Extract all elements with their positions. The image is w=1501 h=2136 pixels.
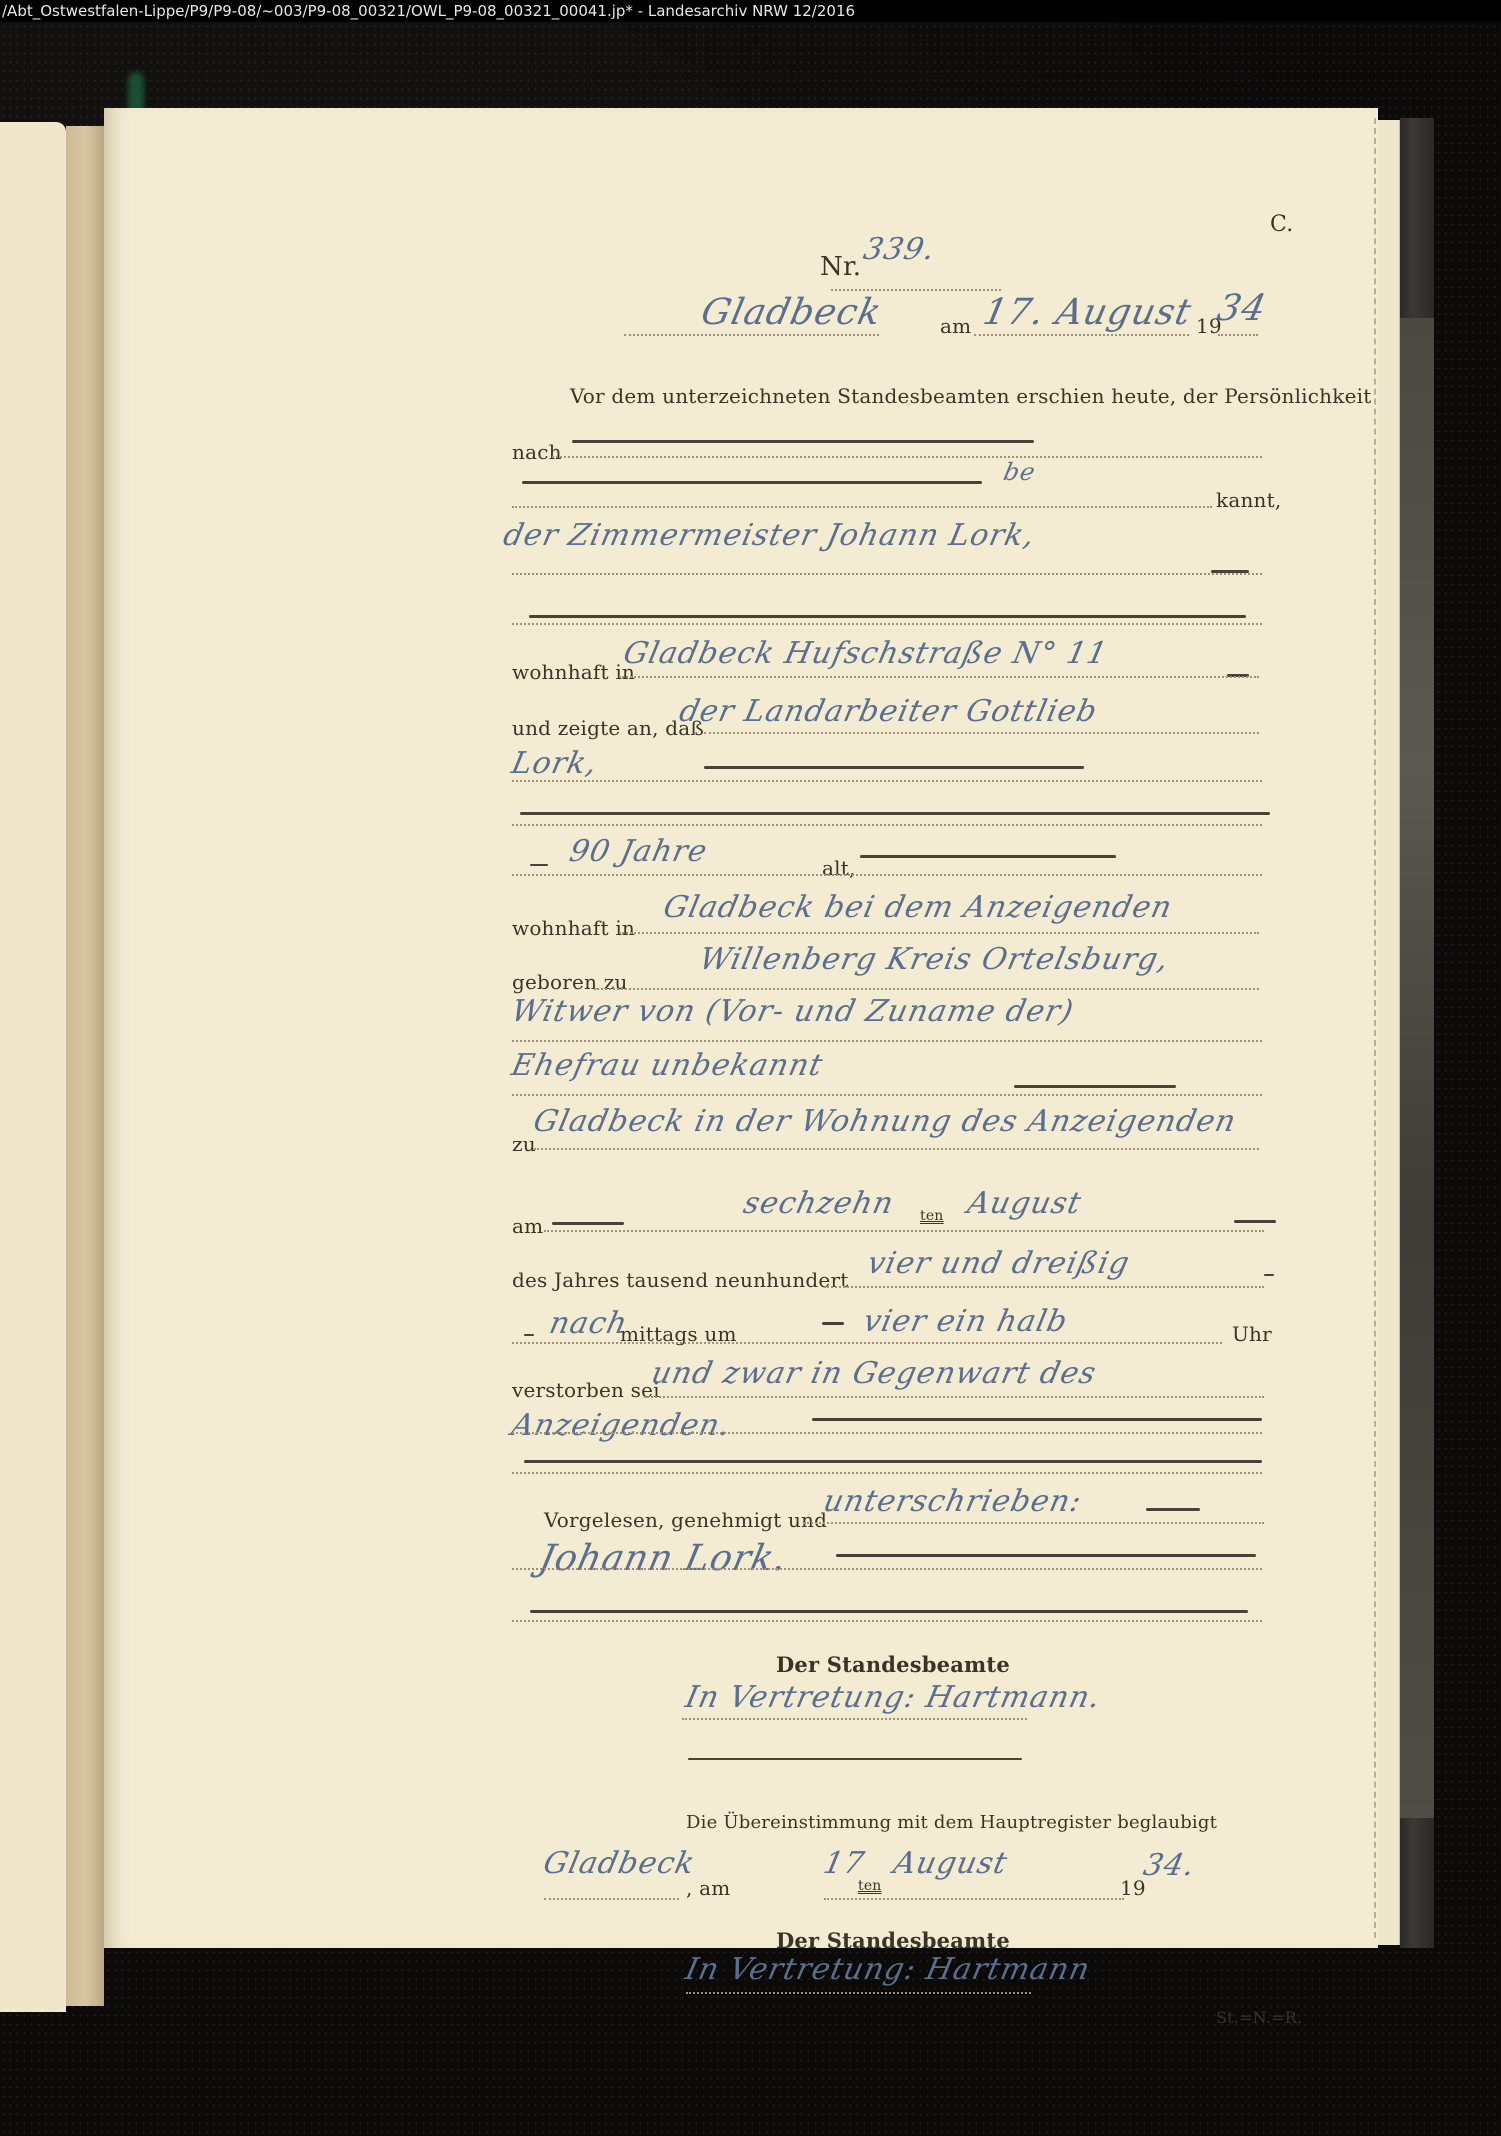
dotline — [512, 623, 1262, 625]
place-dotline — [624, 334, 879, 336]
informant-signature: Johann Lork. — [536, 1538, 791, 1579]
registrar-signature-1: In Vertretung: Hartmann. — [682, 1680, 1104, 1715]
number-label: Nr. — [820, 252, 861, 282]
intro-text: Vor dem unterzeichneten Standesbeamten e… — [570, 384, 1371, 408]
signature-dotline — [686, 1992, 1031, 1994]
deceased-name-line2: Lork, — [508, 746, 600, 781]
death-place: Gladbeck in der Wohnung des Anzeigenden — [530, 1104, 1239, 1139]
fill-dash — [552, 1222, 624, 1225]
cover-wear — [1400, 318, 1434, 1818]
wohnhaft-label-2: wohnhaft in — [512, 916, 635, 940]
deceased-age: 90 Jahre — [566, 834, 710, 869]
cert-place: Gladbeck — [540, 1846, 698, 1881]
death-year-words: vier und dreißig — [864, 1246, 1133, 1281]
perforation-line — [1374, 118, 1376, 1938]
informant-name: der Zimmermeister Johann Lork, — [500, 518, 1038, 553]
dotline — [512, 874, 1262, 876]
record-date: 17. August — [980, 292, 1196, 333]
fill-dash — [1264, 1274, 1274, 1276]
year-dotline — [1218, 334, 1258, 336]
deceased-name-line1: der Landarbeiter Gottlieb — [676, 694, 1100, 729]
dotline — [512, 1040, 1262, 1042]
strike-line — [572, 440, 1034, 443]
vorgelesen-value: unterschrieben: — [820, 1484, 1085, 1519]
cert-ten-label: ten — [858, 1878, 882, 1894]
dotline — [512, 1620, 1262, 1622]
book-cover-board — [1400, 118, 1434, 1948]
ten-label: ten — [920, 1208, 944, 1224]
dotline — [512, 1094, 1262, 1096]
dotline — [824, 1286, 1264, 1288]
nach-mittag: nach — [546, 1306, 631, 1341]
dotline — [512, 1342, 1222, 1344]
dotline — [544, 1898, 679, 1900]
number-dotline — [831, 289, 1001, 291]
registrar-signature-2: In Vertretung: Hartmann — [682, 1952, 1093, 1987]
fill-line — [704, 766, 1084, 769]
fill-dash — [1234, 1220, 1276, 1223]
fill-dash — [530, 864, 548, 866]
corner-mark: C. — [1270, 212, 1293, 237]
am-label: am — [512, 1214, 543, 1238]
witness-line2: Anzeigenden. — [508, 1408, 734, 1443]
dotline — [512, 1432, 1262, 1434]
certification-text: Die Übereinstimmung mit dem Hauptregiste… — [686, 1812, 1217, 1833]
death-time: vier ein halb — [860, 1304, 1071, 1339]
dotline — [512, 780, 1262, 782]
register-page: C. Nr. 339. Gladbeck am 17. August 19 34… — [104, 108, 1378, 1948]
record-place: Gladbeck — [698, 292, 886, 333]
fill-dash — [524, 1334, 534, 1336]
wohnhaft-label-1: wohnhaft in — [512, 660, 635, 684]
page-stack-edge — [1377, 120, 1400, 1945]
deceased-dotline — [704, 732, 1259, 734]
date-dotline — [974, 334, 1189, 336]
window-title-bar: /Abt_Ostwestfalen-Lippe/P9/P9-08/~003/P9… — [0, 0, 1501, 22]
fill-dash — [822, 1322, 844, 1325]
fill-line — [860, 855, 1116, 858]
remarks-line2: Ehefrau unbekannt — [508, 1048, 826, 1083]
dotline — [544, 1230, 1264, 1232]
cert-am-label: , am — [686, 1876, 730, 1900]
alt-label: alt, — [822, 856, 856, 880]
nach-dotline — [552, 456, 1262, 458]
fill-dash — [1146, 1508, 1200, 1511]
verstorben-label: verstorben sei — [512, 1378, 660, 1402]
birthplace: Willenberg Kreis Ortelsburg, — [696, 942, 1172, 977]
fill-line — [1014, 1085, 1176, 1088]
dotline — [594, 988, 1259, 990]
fill-line — [812, 1418, 1262, 1421]
dotline — [512, 1472, 1262, 1474]
dotline — [804, 1522, 1264, 1524]
geboren-label: geboren zu — [512, 970, 628, 994]
informant-dotline — [512, 573, 1262, 575]
fill-line — [520, 812, 1270, 815]
fill-line — [836, 1554, 1256, 1557]
dotline — [534, 1148, 1259, 1150]
cert-year: 34. — [1140, 1848, 1198, 1883]
deceased-residence: Gladbeck bei dem Anzeigenden — [660, 890, 1175, 925]
fill-line — [530, 1610, 1248, 1613]
dotline — [619, 932, 1259, 934]
file-path-title: /Abt_Ostwestfalen-Lippe/P9/P9-08/~003/P9… — [2, 2, 855, 20]
date-am-label: am — [940, 314, 971, 338]
informant-residence: Gladbeck Hufschstraße N° 11 — [620, 636, 1111, 671]
signature-line — [688, 1758, 1022, 1760]
strike-line — [522, 481, 982, 484]
uhr-label: Uhr — [1232, 1322, 1272, 1346]
cert-month: August — [890, 1846, 1010, 1881]
left-page-edge — [0, 122, 66, 2012]
death-day: sechzehn — [740, 1186, 897, 1221]
dotline — [644, 1396, 1264, 1398]
dotline — [512, 824, 1262, 826]
death-month: August — [964, 1186, 1084, 1221]
dotline — [512, 1568, 1262, 1570]
witness-line1: und zwar in Gegenwart des — [648, 1356, 1099, 1391]
record-number: 339. — [860, 232, 938, 267]
standesbeamte-label-2: Der Standesbeamte — [776, 1928, 1010, 1953]
book-gutter — [66, 126, 104, 2006]
zeigte-an-label: und zeigte an, daß — [512, 716, 704, 740]
record-year: 34 — [1214, 288, 1271, 329]
vorgelesen-label: Vorgelesen, genehmigt und — [544, 1508, 827, 1532]
nach-label: nach — [512, 440, 562, 464]
strike-line — [529, 615, 1246, 618]
standesbeamte-label-1: Der Standesbeamte — [776, 1652, 1010, 1677]
fill-line — [524, 1460, 1262, 1463]
form-code: St.=N.=R. — [1216, 2008, 1302, 2027]
dotline — [824, 1898, 1124, 1900]
kannt-label: kannt, — [1216, 488, 1281, 512]
cert-day: 17 — [820, 1846, 868, 1881]
kannt-prefix: be — [1001, 458, 1039, 486]
signature-dotline — [682, 1718, 1027, 1720]
kannt-dotline — [512, 506, 1212, 508]
jahres-label: des Jahres tausend neunhundert — [512, 1268, 848, 1292]
remarks-line1: Witwer von (Vor- und Zuname der) — [508, 994, 1077, 1029]
residence-dotline — [619, 676, 1259, 678]
